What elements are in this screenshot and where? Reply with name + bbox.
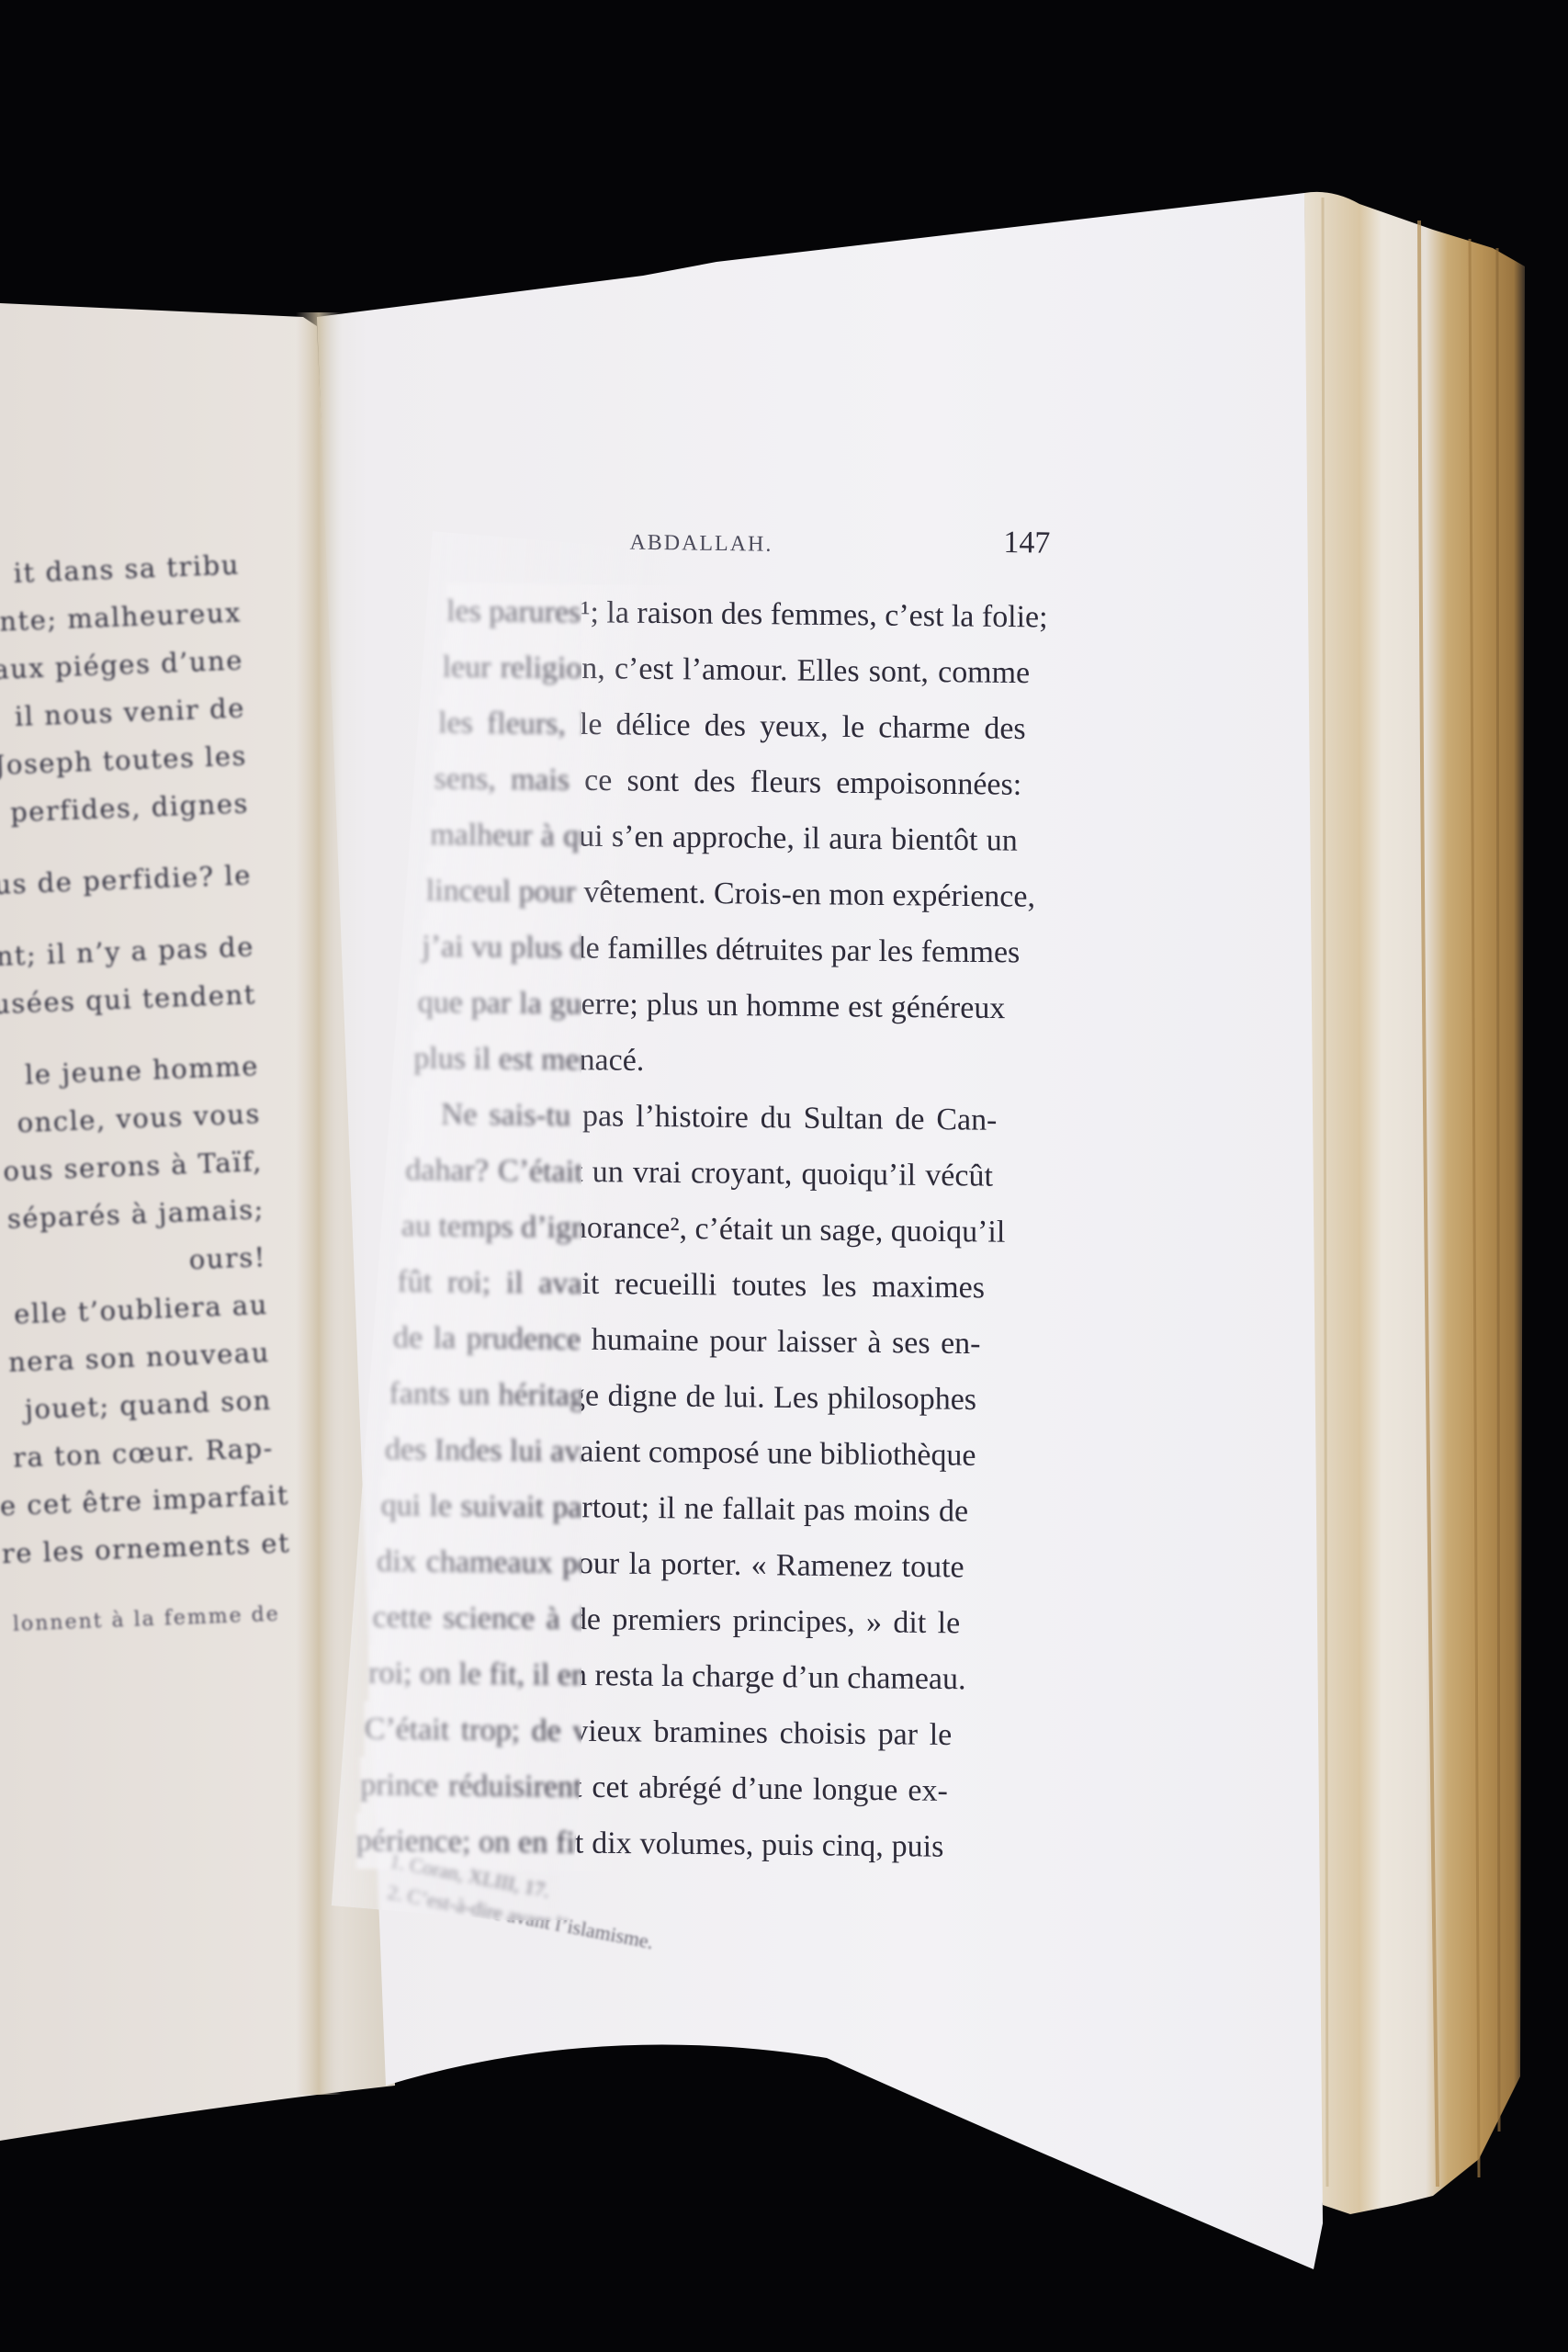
text-line: sens, mais ce sont des fleurs empoisonné… (434, 751, 1022, 813)
text-line: Ne sais-tu pas l’histoire du Sultan de C… (410, 1086, 998, 1148)
right-page-content: ABDALLAH. 147 les parures¹; la raison de… (350, 478, 1041, 1953)
text-line: C’était trop; de vieux bramines choisis … (365, 1701, 953, 1763)
left-page-text: it dans sa tribu nte; malheureux aux pié… (0, 540, 281, 1649)
text-line: j’ai vu plus de familles détruites par l… (422, 919, 1010, 981)
page-edge-stack (1304, 192, 1525, 2214)
text-line: les parures¹; la raison des femmes, c’es… (446, 583, 1034, 646)
text-line: cette science à de premiers principes, »… (373, 1589, 961, 1652)
text-line: dix chameaux pour la porter. « Ramenez t… (377, 1533, 964, 1596)
book-photo: it dans sa tribu nte; malheureux aux pié… (0, 0, 1568, 2352)
gutter (296, 312, 342, 2095)
body-text: les parures¹; la raison des femmes, c’es… (355, 540, 1036, 1875)
text-line: que par la guerre; plus un homme est gén… (418, 974, 1006, 1036)
text-line: leur religion, c’est l’amour. Elles sont… (443, 639, 1031, 701)
text-line: dahar? C’était un vrai croyant, quoiqu’i… (405, 1142, 993, 1204)
text-line: plus il est menacé. (413, 1030, 1001, 1092)
running-title: ABDALLAH. (629, 531, 773, 558)
text-line: les fleurs, le délice des yeux, le charm… (438, 695, 1026, 757)
text-line: qui le suivait partout; il ne fallait pa… (381, 1477, 969, 1540)
text-line: prince réduisirent cet abrégé d’une long… (360, 1757, 948, 1819)
text-line: linceul pour vêtement. Crois-en mon expé… (426, 863, 1014, 925)
text-line: de la prudence humaine pour laisser à se… (393, 1309, 981, 1372)
text-line: roi; on le fit, il en resta la charge d’… (368, 1645, 956, 1707)
text-line: des Indes lui avaient composé une biblio… (385, 1421, 973, 1484)
text-line: malheur à qui s’en approche, il aura bie… (430, 807, 1018, 869)
page-number: 147 (1003, 526, 1050, 561)
text-line: au temps d’ignorance², c’était un sage, … (401, 1198, 989, 1261)
text-line: fût roi; il avait recueilli toutes les m… (397, 1254, 985, 1317)
text-line: fants un héritage digne de lui. Les phil… (389, 1365, 977, 1428)
